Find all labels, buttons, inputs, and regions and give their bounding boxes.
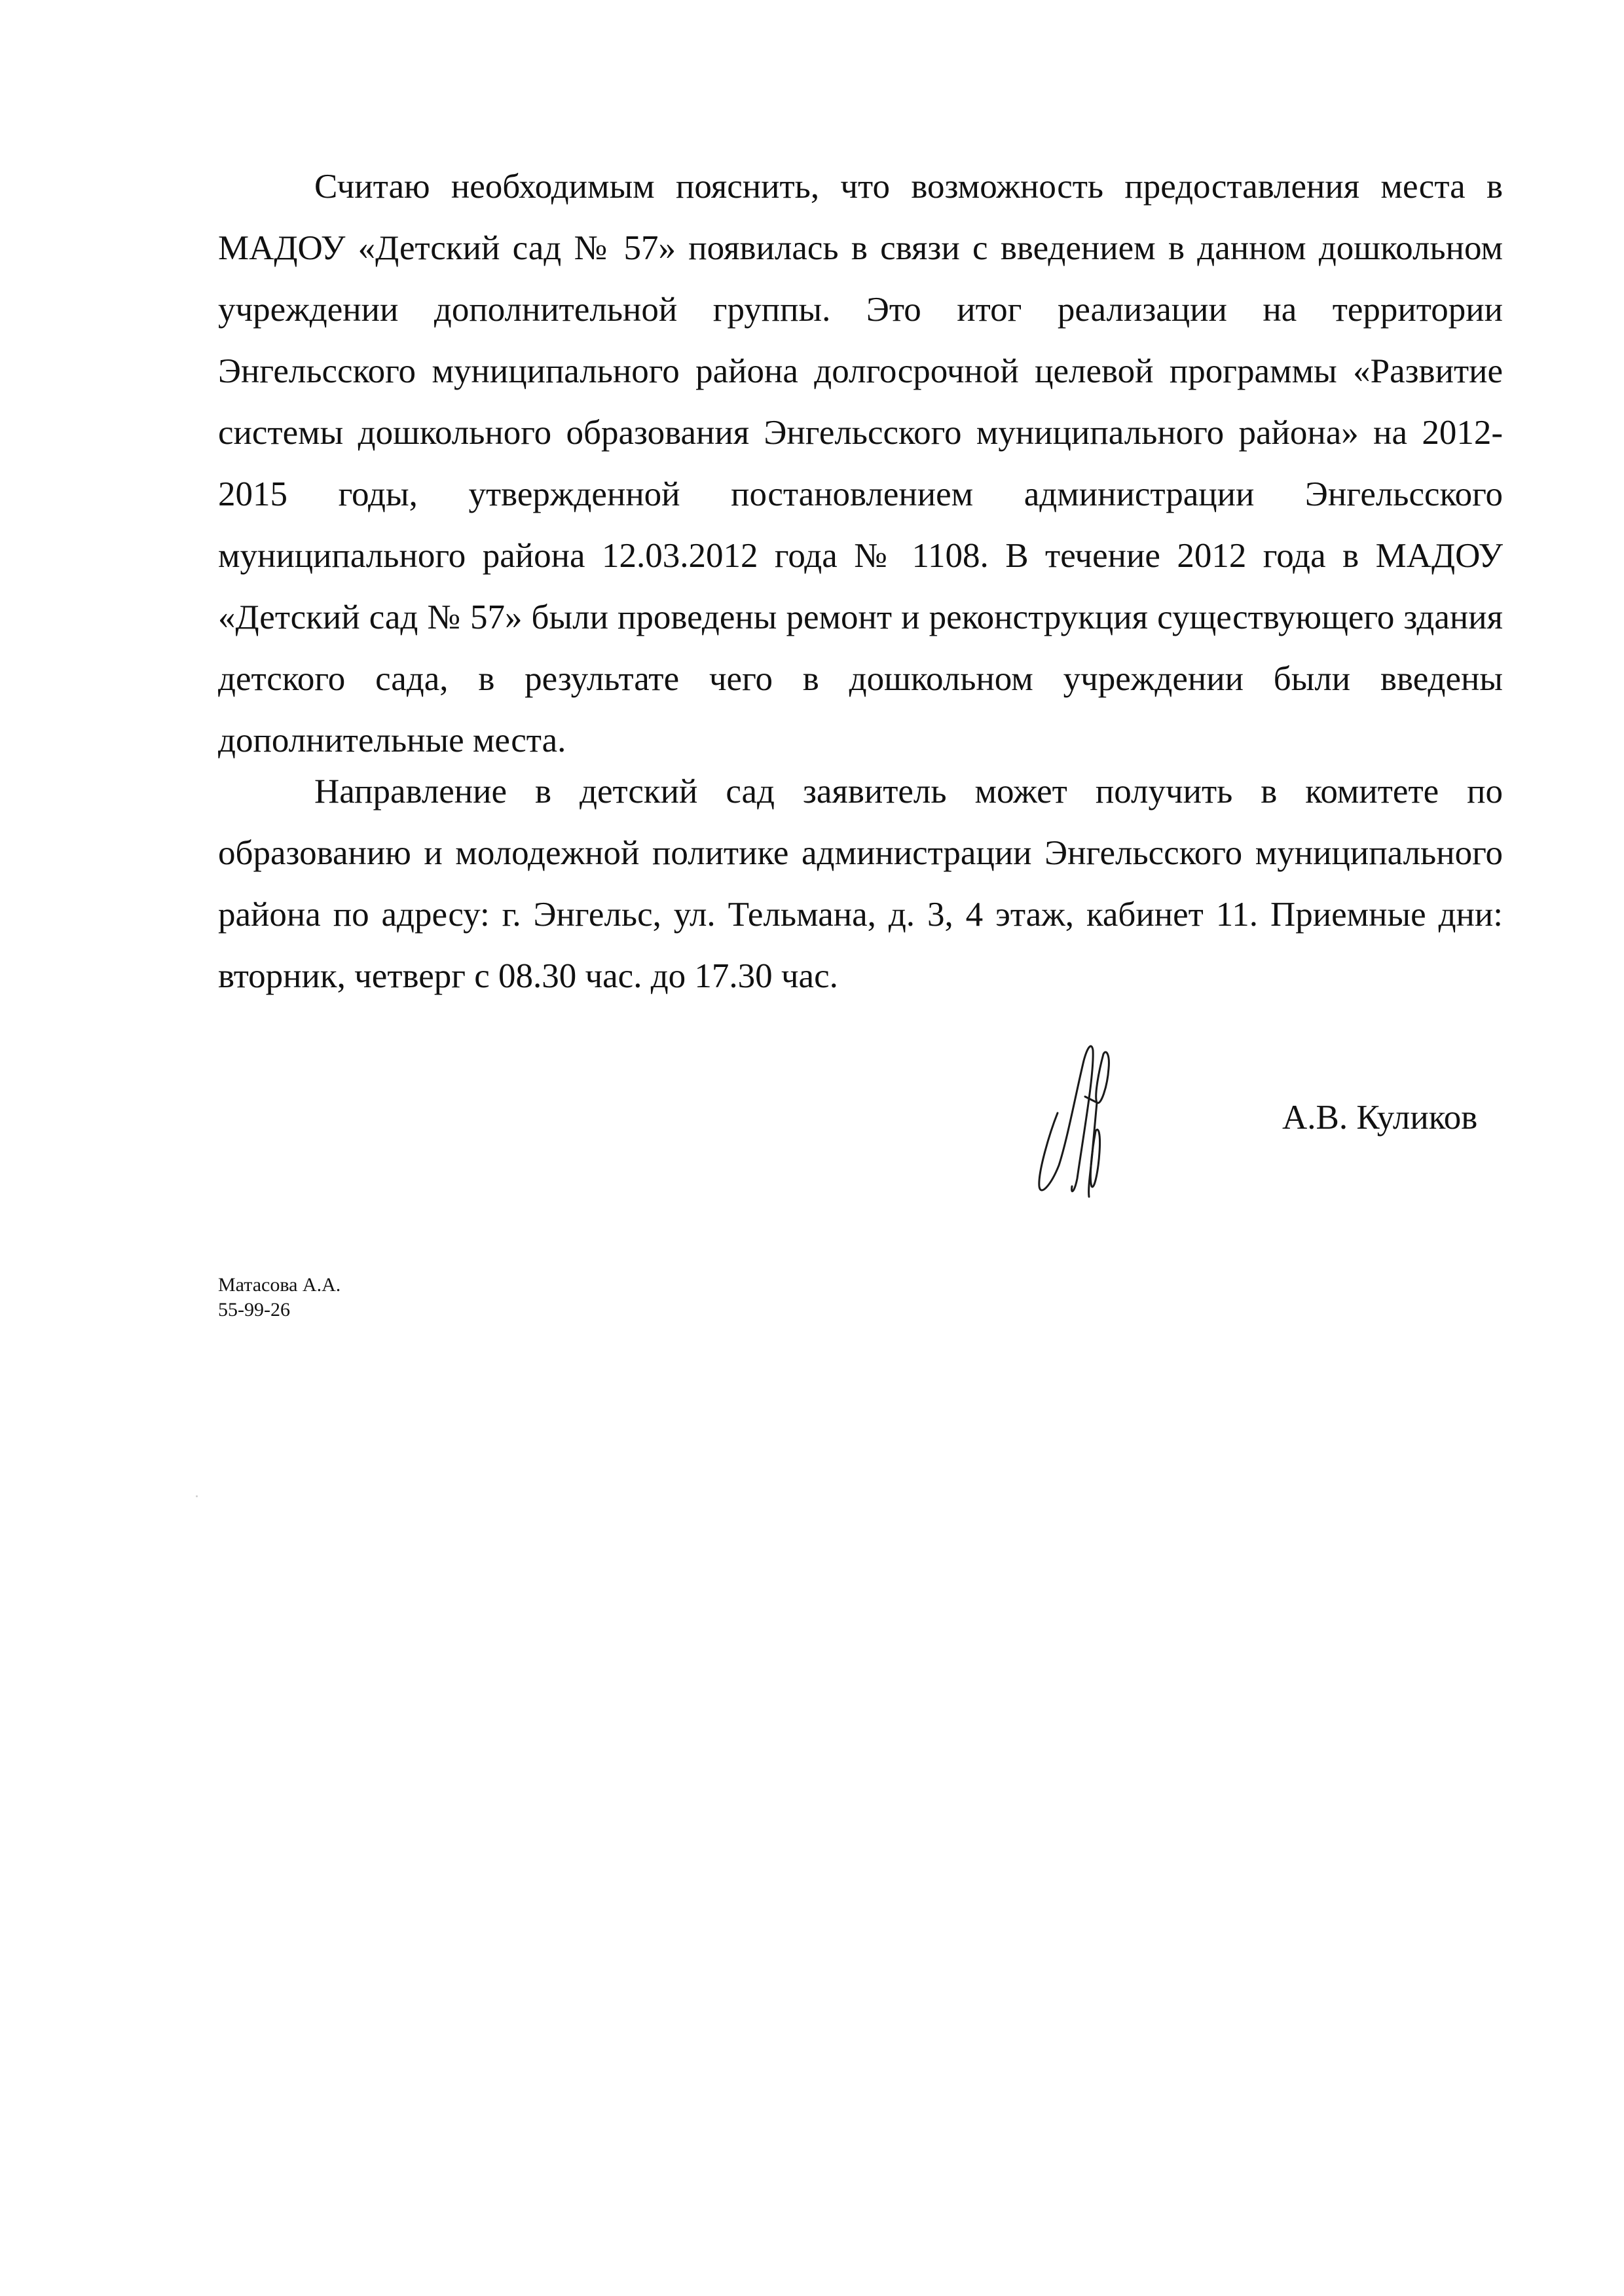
- scan-speck: [196, 1495, 198, 1497]
- handwritten-signature-icon: [1031, 1034, 1162, 1205]
- signatory-name: А.В. Куликов: [1282, 1098, 1477, 1137]
- document-page: Считаю необходимым пояснить, что возможн…: [0, 0, 1624, 2296]
- executor-footer: Матасова А.А. 55-99-26: [218, 1273, 341, 1322]
- executor-phone: 55-99-26: [218, 1298, 341, 1322]
- executor-name: Матасова А.А.: [218, 1273, 341, 1298]
- paragraph-explanation: Считаю необходимым пояснить, что возможн…: [218, 156, 1503, 771]
- paragraph-referral-info: Направление в детский сад заявитель може…: [218, 761, 1503, 1007]
